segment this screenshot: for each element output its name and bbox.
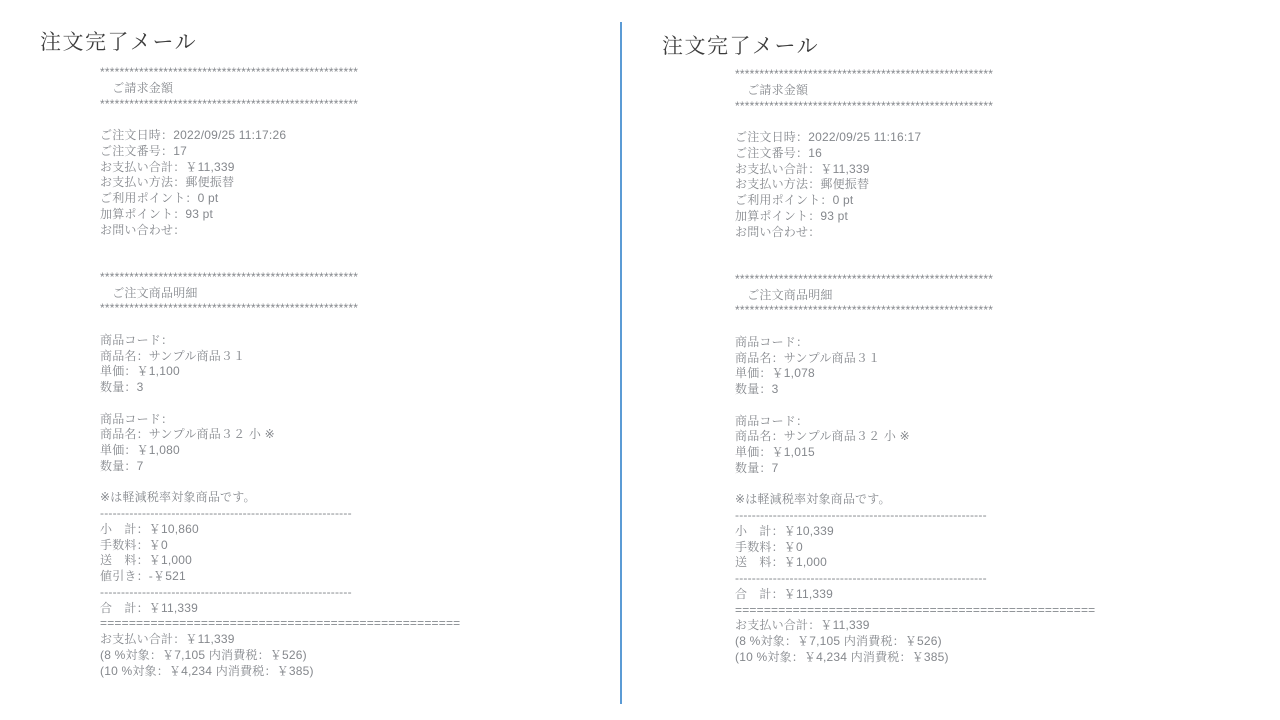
email-body-text: ****************************************… xyxy=(100,65,460,679)
email-preview-panel-right: 注文完了メール ********************************… xyxy=(622,0,1280,720)
email-body-text: ****************************************… xyxy=(735,67,1095,666)
panel-title: 注文完了メール xyxy=(662,30,819,60)
panel-title: 注文完了メール xyxy=(40,26,197,56)
email-preview-panel-left: 注文完了メール ********************************… xyxy=(0,0,620,720)
